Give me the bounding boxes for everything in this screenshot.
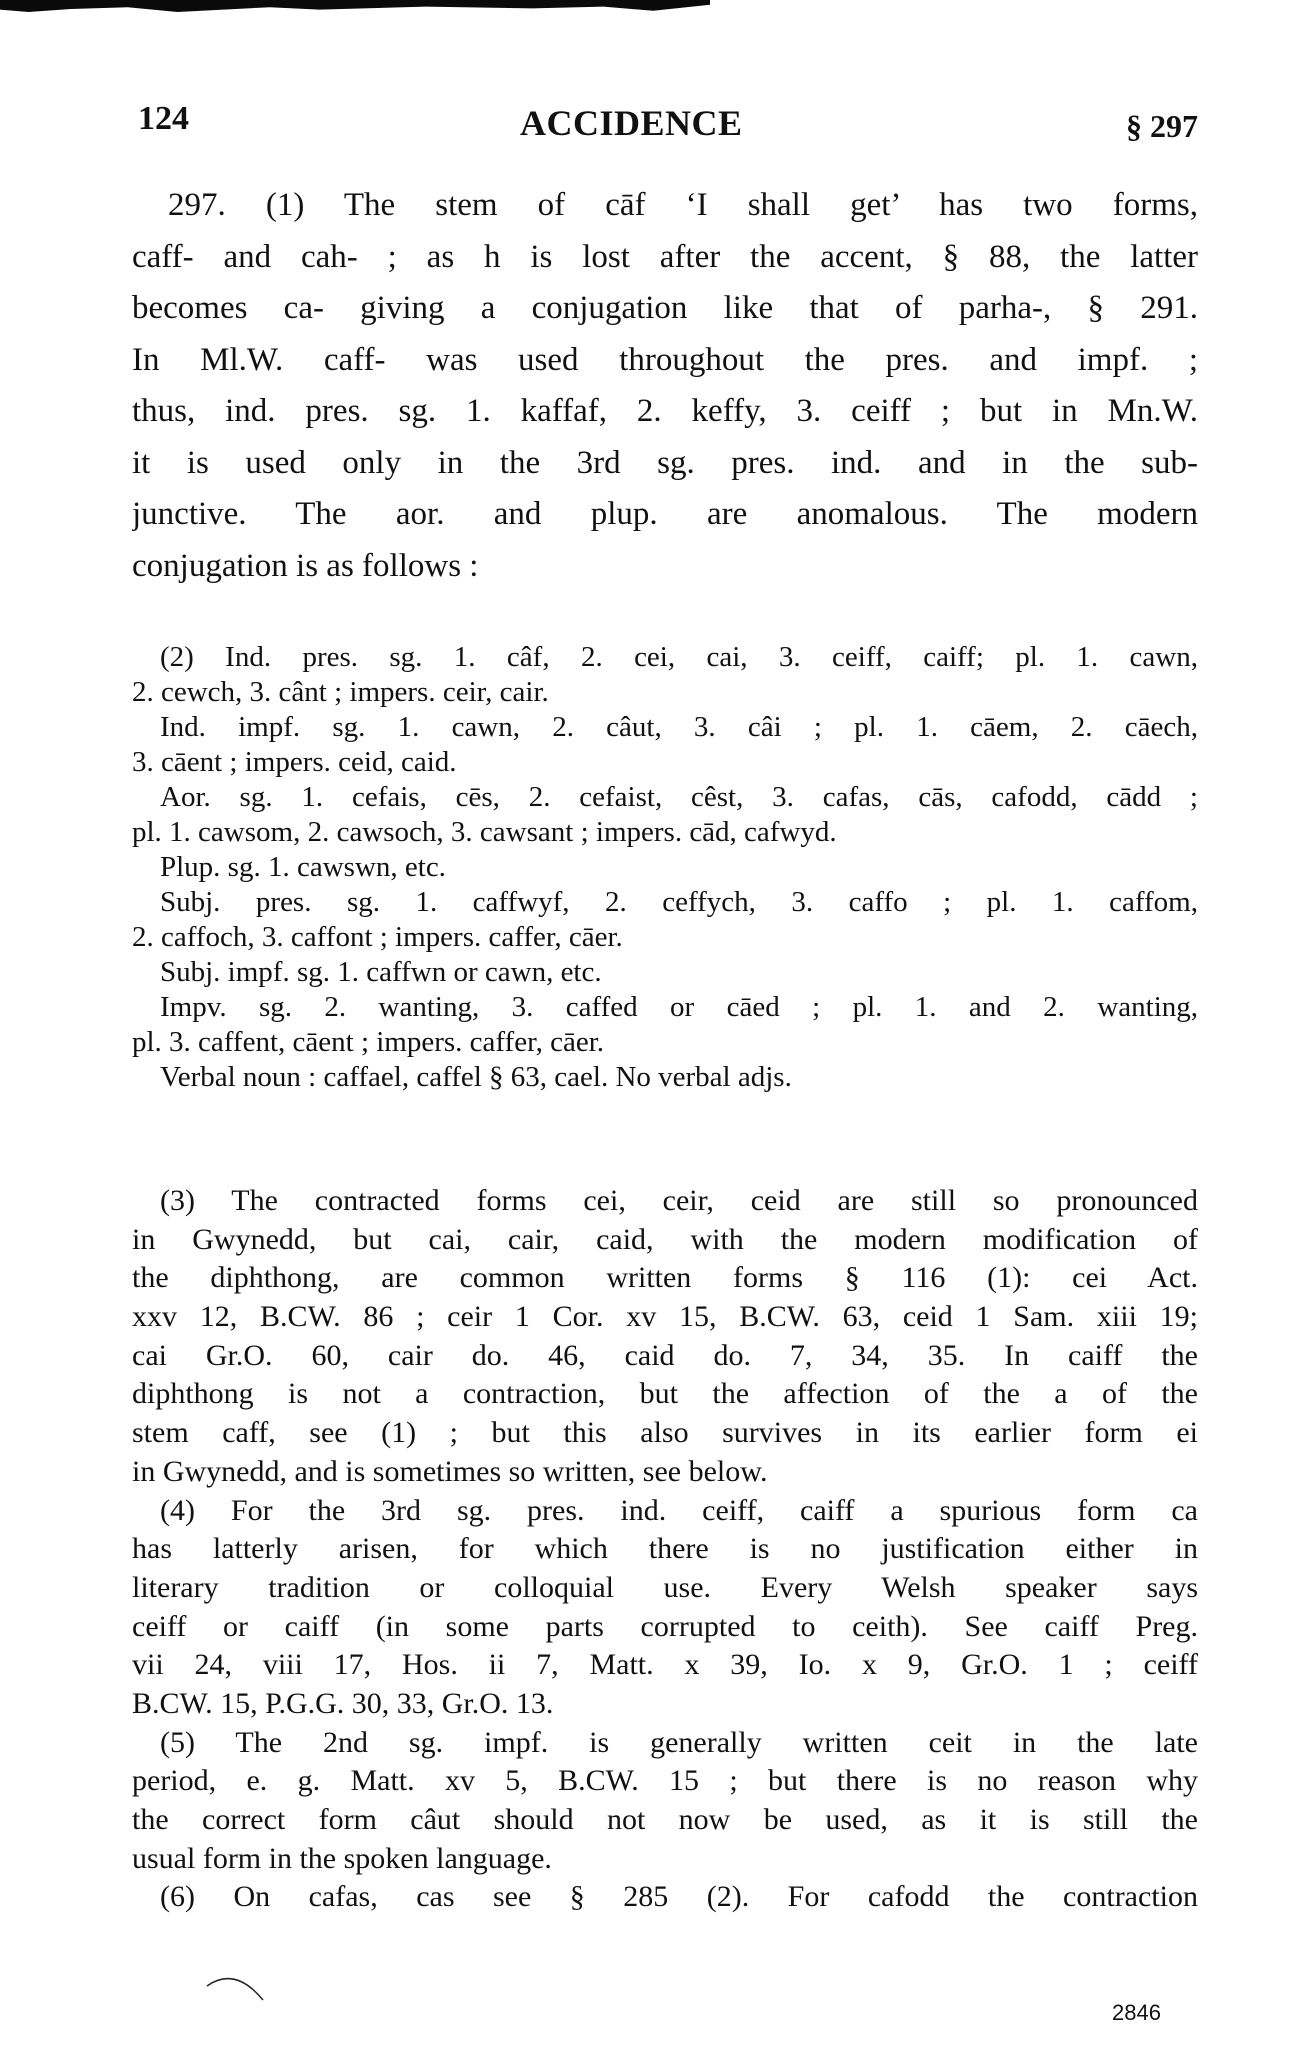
conjugation-line: 2. caffoch, 3. caffont ; impers. caffer,… xyxy=(132,920,1198,955)
section-marker: § 297 xyxy=(1126,108,1198,145)
text-line: (5) The 2nd sg. impf. is generally writt… xyxy=(132,1724,1198,1763)
text-line: in Gwynedd, but cai, cair, caid, with th… xyxy=(132,1221,1198,1260)
stray-mark xyxy=(205,1972,265,2002)
text-line: becomes ca- giving a conjugation like th… xyxy=(132,283,1198,335)
text-line: xxv 12, B.CW. 86 ; ceir 1 Cor. xv 15, B.… xyxy=(132,1298,1198,1337)
text-line: (4) For the 3rd sg. pres. ind. ceiff, ca… xyxy=(132,1492,1198,1531)
text-line: caff- and cah- ; as h is lost after the … xyxy=(132,232,1198,284)
text-line: 297. (1) The stem of cāf ‘I shall get’ h… xyxy=(132,180,1198,232)
running-head: 124 ACCIDENCE § 297 xyxy=(132,100,1198,150)
text-line: usual form in the spoken language. xyxy=(132,1840,1198,1879)
scan-edge-shadow xyxy=(0,0,710,12)
page-number: 124 xyxy=(138,100,189,138)
conjugation-line: 3. cāent ; impers. ceid, caid. xyxy=(132,745,1198,780)
text-line: the diphthong, are common written forms … xyxy=(132,1259,1198,1298)
notes-section: (3) The contracted forms cei, ceir, ceid… xyxy=(132,1182,1198,1917)
conjugation-line: Impv. sg. 2. wanting, 3. caffed or cāed … xyxy=(132,990,1198,1025)
text-line: literary tradition or colloquial use. Ev… xyxy=(132,1569,1198,1608)
conjugation-line: Plup. sg. 1. cawswn, etc. xyxy=(132,850,1198,885)
text-line: cai Gr.O. 60, cair do. 46, caid do. 7, 3… xyxy=(132,1337,1198,1376)
conjugation-line: pl. 1. cawsom, 2. cawsoch, 3. cawsant ; … xyxy=(132,815,1198,850)
text-line: has latterly arisen, for which there is … xyxy=(132,1530,1198,1569)
conjugation-line: Verbal noun : caffael, caffel § 63, cael… xyxy=(132,1060,1198,1095)
conjugation-line: 2. cewch, 3. cânt ; impers. ceir, cair. xyxy=(132,675,1198,710)
conjugation-table: (2) Ind. pres. sg. 1. câf, 2. cei, cai, … xyxy=(132,640,1198,1095)
text-line: (6) On cafas, cas see § 285 (2). For caf… xyxy=(132,1878,1198,1917)
conjugation-line: Subj. pres. sg. 1. caffwyf, 2. ceffych, … xyxy=(132,885,1198,920)
text-line: ceiff or caiff (in some parts corrupted … xyxy=(132,1608,1198,1647)
text-line: B.CW. 15, P.G.G. 30, 33, Gr.O. 13. xyxy=(132,1685,1198,1724)
text-line: junctive. The aor. and plup. are anomalo… xyxy=(132,489,1198,541)
text-line: vii 24, viii 17, Hos. ii 7, Matt. x 39, … xyxy=(132,1646,1198,1685)
conjugation-line: Aor. sg. 1. cefais, cēs, 2. cefaist, cês… xyxy=(132,780,1198,815)
chapter-title: ACCIDENCE xyxy=(520,102,743,144)
text-line: diphthong is not a contraction, but the … xyxy=(132,1375,1198,1414)
text-line: the correct form câut should not now be … xyxy=(132,1801,1198,1840)
text-line: stem caff, see (1) ; but this also survi… xyxy=(132,1414,1198,1453)
text-line: in Gwynedd, and is sometimes so written,… xyxy=(132,1453,1198,1492)
conjugation-line: Subj. impf. sg. 1. caffwn or cawn, etc. xyxy=(132,955,1198,990)
conjugation-line: pl. 3. caffent, cāent ; impers. caffer, … xyxy=(132,1025,1198,1060)
conjugation-line: (2) Ind. pres. sg. 1. câf, 2. cei, cai, … xyxy=(132,640,1198,675)
text-line: thus, ind. pres. sg. 1. kaffaf, 2. keffy… xyxy=(132,386,1198,438)
text-line: conjugation is as follows : xyxy=(132,541,1198,593)
paragraph-297-1: 297. (1) The stem of cāf ‘I shall get’ h… xyxy=(132,180,1198,592)
text-line: period, e. g. Matt. xv 5, B.CW. 15 ; but… xyxy=(132,1762,1198,1801)
text-line: it is used only in the 3rd sg. pres. ind… xyxy=(132,438,1198,490)
text-line: In Ml.W. caff- was used throughout the p… xyxy=(132,335,1198,387)
scan-number: 2846 xyxy=(1112,2000,1161,2026)
text-line: (3) The contracted forms cei, ceir, ceid… xyxy=(132,1182,1198,1221)
conjugation-line: Ind. impf. sg. 1. cawn, 2. câut, 3. câi … xyxy=(132,710,1198,745)
